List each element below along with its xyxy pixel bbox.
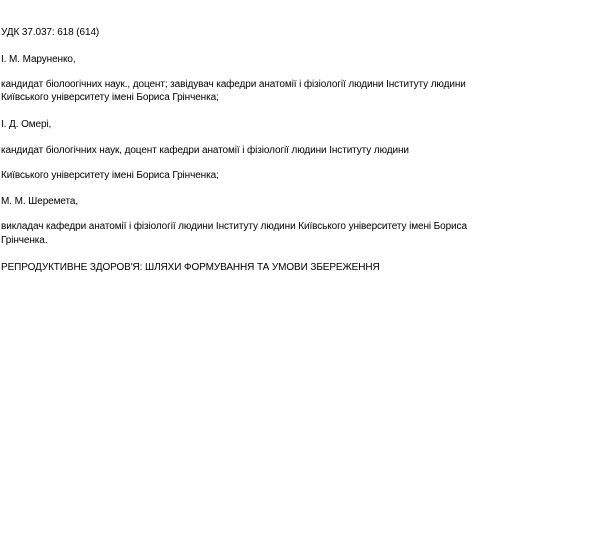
udc-code: УДК 37.037: 618 (614) [1, 26, 99, 39]
author-name-1: І. М. Маруненко, [1, 53, 76, 66]
author-affiliation-3-line-2: Грінченка. [1, 234, 47, 247]
author-affiliation-2-line-1: кандидат біологічних наук, доцент кафедр… [1, 144, 409, 157]
author-affiliation-2-line-2: Київського університету імені Бориса Грі… [1, 169, 219, 182]
author-affiliation-1-line-2: Київського університету імені Бориса Грі… [1, 91, 219, 104]
author-affiliation-3-line-1: викладач кафедри анатомії і фізіології л… [1, 220, 467, 233]
author-affiliation-1-line-1: кандидат біолоогічних наук., доцент; зав… [1, 78, 466, 91]
article-title: РЕПРОДУКТИВНЕ ЗДОРОВ'Я: ШЛЯХИ ФОРМУВАННЯ… [1, 261, 380, 274]
author-name-3: М. М. Шеремета, [1, 195, 78, 208]
author-name-2: І. Д. Омері, [1, 118, 51, 131]
